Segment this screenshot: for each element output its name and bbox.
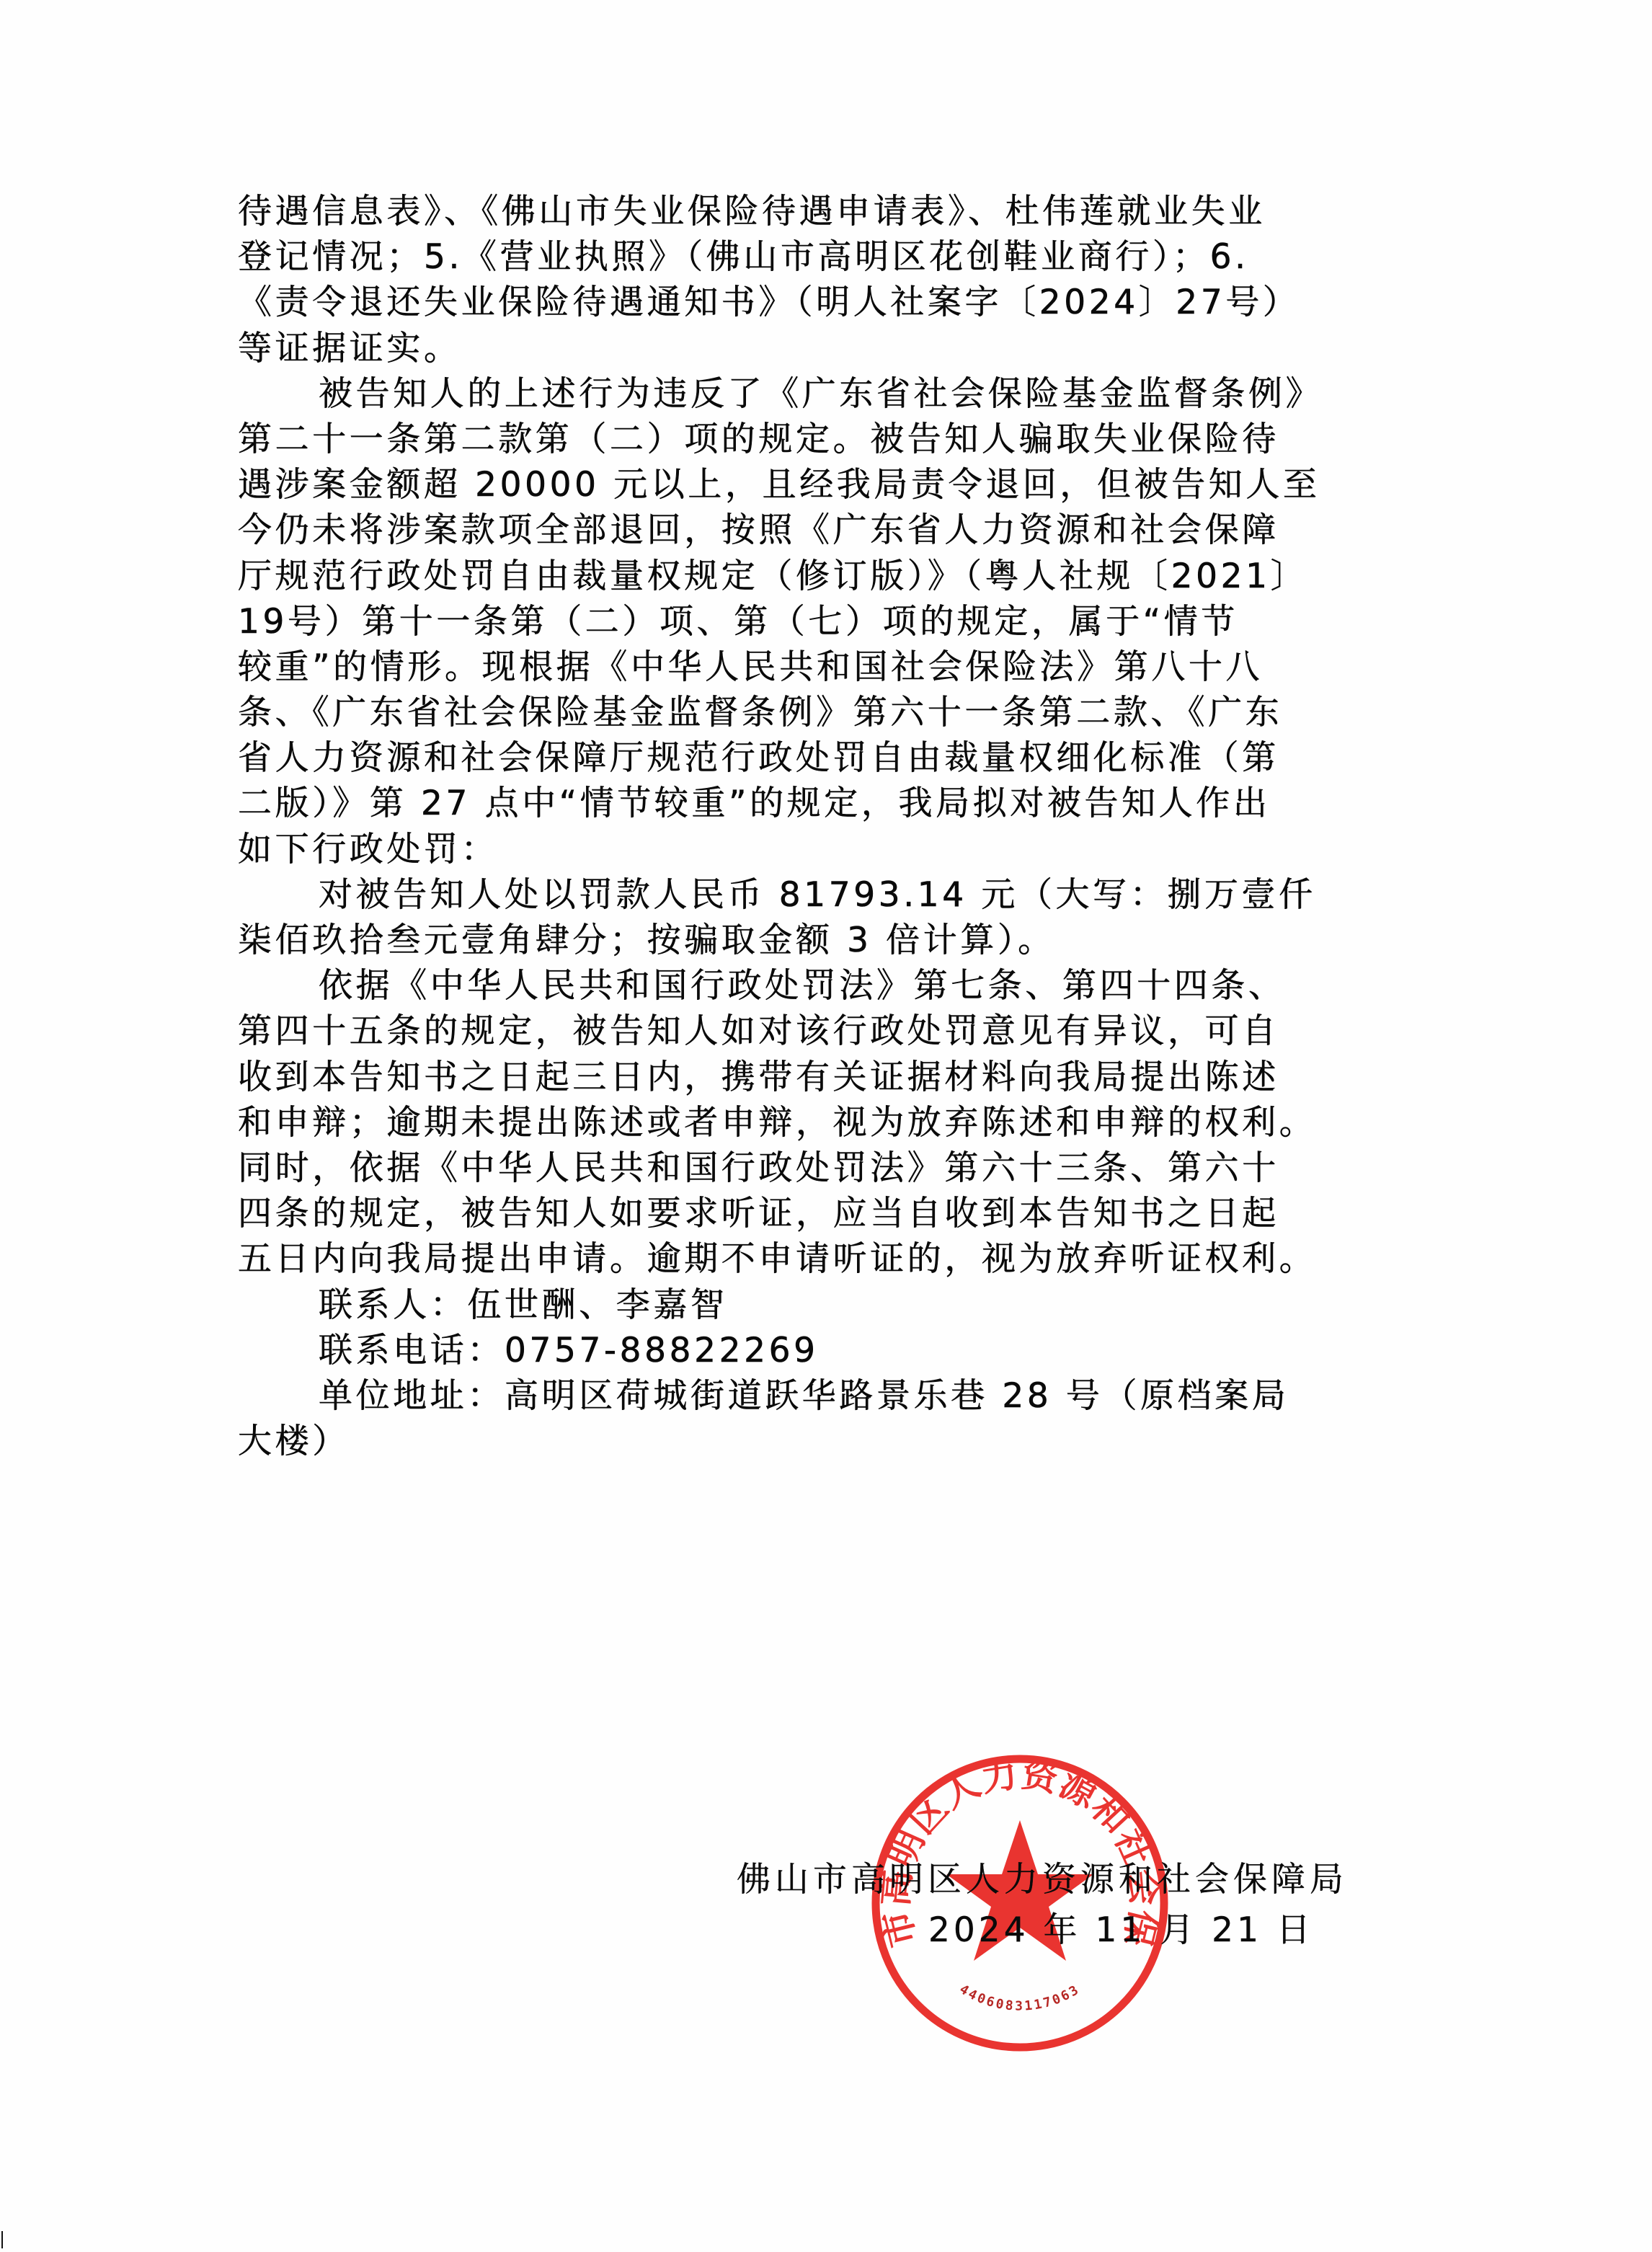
paragraph-2-line-7: 较重”的情形。现根据《中华人民共和国社会保险法》第八十八 bbox=[238, 644, 1420, 690]
address-line-2: 大楼） bbox=[238, 1419, 1420, 1464]
official-seal: 佛山市高明区人力资源和社会保障局 4406083117063 bbox=[869, 1752, 1171, 2054]
paragraph-1-line-2: 登记情况；5.《营业执照》（佛山市高明区花创鞋业商行）；6. bbox=[238, 234, 1420, 280]
paragraph-4-line-2: 第四十五条的规定，被告知人如对该行政处罚意见有异议，可自 bbox=[238, 1008, 1420, 1054]
paragraph-2-line-3: 遇涉案金额超 20000 元以上，且经我局责令退回，但被告知人至 bbox=[238, 462, 1420, 507]
paragraph-4-line-5: 同时，依据《中华人民共和国行政处罚法》第六十三条、第六十 bbox=[238, 1145, 1420, 1191]
paragraph-2-line-10: 二版）》第 27 点中“情节较重”的规定，我局拟对被告知人作出 bbox=[238, 781, 1420, 826]
paragraph-4-line-1: 依据《中华人民共和国行政处罚法》第七条、第四十四条、 bbox=[238, 963, 1420, 1008]
paragraph-4-line-7: 五日内向我局提出申请。逾期不申请听证的，视为放弃听证权利。 bbox=[238, 1236, 1420, 1282]
penalty-line-2: 柒佰玖拾叁元壹角肆分；按骗取金额 3 倍计算）。 bbox=[238, 918, 1420, 963]
paragraph-2-line-5: 厅规范行政处罚自由裁量权规定（修订版）》（粤人社规〔2021〕 bbox=[238, 554, 1420, 599]
contact-phone: 联系电话：0757-88822269 bbox=[238, 1328, 1420, 1373]
paragraph-2-line-8: 条、《广东省社会保险基金监督条例》第六十一条第二款、《广东 bbox=[238, 690, 1420, 735]
document-body: 待遇信息表》、《佛山市失业保险待遇申请表》、杜伟莲就业失业 登记情况；5.《营业… bbox=[238, 189, 1420, 1464]
contact-person: 联系人：伍世酬、李嘉智 bbox=[238, 1282, 1420, 1328]
paragraph-1-line-1: 待遇信息表》、《佛山市失业保险待遇申请表》、杜伟莲就业失业 bbox=[238, 189, 1420, 234]
paragraph-2-line-9: 省人力资源和社会保障厅规范行政处罚自由裁量权细化标准（第 bbox=[238, 735, 1420, 781]
paragraph-4-line-6: 四条的规定，被告知人如要求听证，应当自收到本告知书之日起 bbox=[238, 1191, 1420, 1236]
address-line-1: 单位地址：高明区荷城街道跃华路景乐巷 28 号（原档案局 bbox=[238, 1373, 1420, 1419]
paragraph-4-line-4: 和申辩；逾期未提出陈述或者申辩，视为放弃陈述和申辩的权利。 bbox=[238, 1100, 1420, 1145]
paragraph-2-line-2: 第二十一条第二款第（二）项的规定。被告知人骗取失业保险待 bbox=[238, 417, 1420, 462]
issue-date: 2024 年 11 月 21 日 bbox=[928, 1907, 1314, 1953]
document-page: 待遇信息表》、《佛山市失业保险待遇申请表》、杜伟莲就业失业 登记情况；5.《营业… bbox=[0, 0, 1652, 2252]
seal-code: 4406083117063 bbox=[957, 1982, 1083, 2014]
paragraph-2-line-1: 被告知人的上述行为违反了《广东省社会保险基金监督条例》 bbox=[238, 371, 1420, 417]
paragraph-2-line-11: 如下行政处罚： bbox=[238, 827, 1420, 872]
page-edge-mark bbox=[1, 2231, 3, 2248]
penalty-line-1: 对被告知人处以罚款人民币 81793.14 元（大写：捌万壹仟 bbox=[238, 872, 1420, 918]
paragraph-1-line-4: 等证据证实。 bbox=[238, 326, 1420, 371]
paragraph-2-line-4: 今仍未将涉案款项全部退回，按照《广东省人力资源和社会保障 bbox=[238, 507, 1420, 553]
paragraph-1-line-3: 《责令退还失业保险待遇通知书》（明人社案字〔2024〕27号） bbox=[238, 280, 1420, 325]
paragraph-4-line-3: 收到本告知书之日起三日内，携带有关证据材料向我局提出陈述 bbox=[238, 1055, 1420, 1100]
issuing-organization: 佛山市高明区人力资源和社会保障局 bbox=[737, 1857, 1348, 1902]
paragraph-2-line-6: 19号）第十一条第（二）项、第（七）项的规定，属于“情节 bbox=[238, 599, 1420, 644]
